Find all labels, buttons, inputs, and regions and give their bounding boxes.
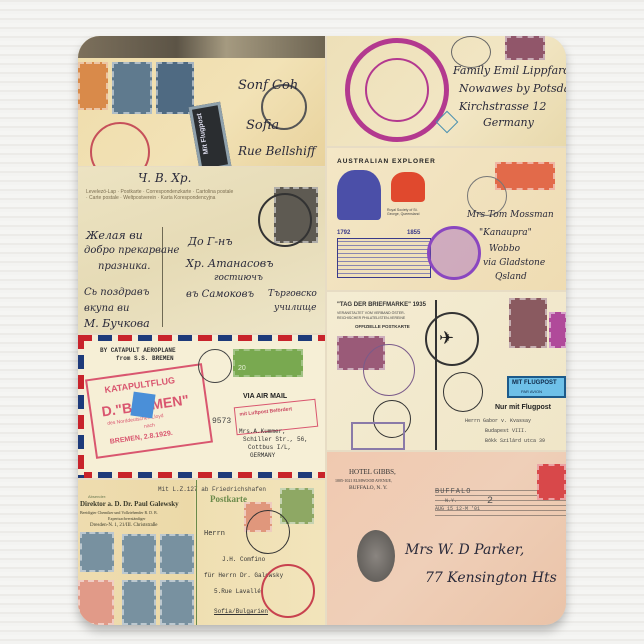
boxed-stamp-text: mit Luftpost Befördert: [239, 406, 292, 417]
address-line: Schiller Str., 56,: [243, 436, 308, 443]
legitimation-box: [351, 422, 405, 450]
address-line: Mrs Tom Mossman: [467, 210, 554, 220]
message-line: Желая ви: [86, 229, 143, 242]
message-line: добро прекарване: [84, 245, 179, 256]
address-line: Търговско: [268, 289, 317, 299]
stamp-eagle-blue: [80, 532, 114, 572]
mail-number: 9573: [212, 417, 231, 426]
card-bulgarian: Ч. В. Хр. Levelezö-Lap · Postkarte · Cor…: [78, 167, 325, 333]
postcard-header: Levelezö-Lap · Postkarte · Correspondenz…: [86, 189, 236, 201]
message-line: вкупа ви: [84, 303, 129, 314]
postkarte-title: Postkarte: [210, 494, 247, 504]
card-galewsky: Mit L.Z.127 ab Friedrichshafen Absender:…: [78, 480, 325, 625]
stamp-eagle-blue: [122, 534, 156, 574]
airmail-border-left: [78, 335, 84, 478]
address-line: Budapest VIII.: [485, 428, 527, 434]
address-line: Germany: [483, 116, 534, 129]
card-hotel-gibbs: HOTEL GIBBS, 1005-1021 ELMWOOD AVENUE, B…: [327, 452, 566, 625]
portrait-mitchell: [337, 170, 381, 220]
zeppelin-cachet: [90, 122, 150, 166]
header-line: BY CATAPULT AEROPLANE: [100, 347, 176, 354]
stamp-eagle-blue: [160, 534, 194, 574]
airmail-border-top: [78, 335, 325, 341]
address-line: 77 Kensington Hts: [425, 570, 557, 586]
address-line: Qsland: [495, 272, 527, 282]
address-line: J.H. Comfino: [222, 556, 265, 563]
address-line: Kirchstrasse 12: [459, 100, 546, 113]
airmail-border-bottom: [78, 472, 325, 478]
geographical-society-seal: [427, 226, 481, 280]
divider-line: [196, 480, 197, 625]
card-catapult-bremen: BY CATAPULT AEROPLANE from S.S. BREMEN K…: [78, 335, 325, 478]
st-george-emblem: [391, 172, 425, 202]
stamp-pan-american: [537, 464, 566, 500]
address-line: Bókk Szilárd utca 39: [485, 438, 545, 444]
year-start: 1792: [337, 230, 350, 236]
hotel-city: BUFFALO, N. Y.: [349, 485, 388, 491]
address-line: Mrs.A.Kummer,: [239, 428, 286, 435]
hotel-street: 1005-1021 ELMWOOD AVENUE,: [335, 478, 392, 483]
hotel-name: HOTEL GIBBS,: [349, 468, 396, 476]
airplane-icon: ✈: [439, 328, 454, 349]
address-line: GERMANY: [250, 452, 275, 459]
stamp-eagle-red: [78, 580, 114, 625]
address-line: 5.Rue Lavallé: [214, 588, 261, 595]
sender-name: Direktor a. D. Dr. Paul Galewsky: [80, 500, 179, 508]
stamp-value: 20: [238, 365, 246, 372]
stamp-maroon: [505, 36, 545, 60]
address-line: Rue Bellshiff: [238, 144, 316, 158]
card-subtitle: VERANSTALTET VOM VERBAND ÖSTER-: [337, 311, 405, 315]
card-subtitle: REICHISCHER PHILATELISTEN-VEREINE: [337, 316, 405, 320]
commemoration-box: [337, 238, 431, 278]
divider-line: [162, 227, 163, 327]
card-title: AUSTRALIAN EXPLORER: [337, 158, 436, 165]
top-line: Mit L.Z.127 ab Friedrichshafen: [158, 486, 266, 493]
message-line: празника.: [98, 261, 150, 272]
address-line: До Г-нъ: [188, 235, 233, 248]
address-line: въ Самоковъ: [186, 289, 254, 300]
americas-emblem: [357, 530, 395, 582]
card-zeppelin: Family Emil Lippfard Nowawes by Potsdam …: [327, 36, 566, 146]
stamp-osterreich: [509, 298, 547, 348]
stamp-blue: [112, 62, 152, 114]
stamp-eagle-blue: [160, 580, 194, 625]
card-tag-der-briefmarke: "TAG DER BRIEFMARKE" 1935 VERANSTALTET V…: [327, 292, 566, 450]
year-end: 1855: [407, 230, 420, 236]
luftpost-postmark: [246, 510, 290, 554]
zeppelin-cachet-inner: [365, 58, 429, 122]
card-title: "TAG DER BRIEFMARKE" 1935: [337, 302, 426, 308]
address-line: "Kanaupra": [479, 228, 532, 238]
society-name: Royal Society of St. George, Queensland: [387, 208, 431, 216]
stamp-green-20: 20: [233, 349, 303, 377]
stamp-eagle-blue: [122, 580, 156, 625]
cachet-date: BREMEN, 2.8.1929.: [109, 430, 173, 446]
greeting: Ч. В. Хр.: [138, 171, 191, 185]
graf-zeppelin-cachet: [261, 564, 315, 618]
mousepad: Mit Flugpost Sonf Coh Sofia Rue Bellshif…: [78, 36, 566, 625]
address-line: училище: [274, 303, 316, 313]
address-line: гостиючъ: [214, 273, 263, 283]
stamp-orange: [78, 62, 108, 110]
globe-postmark: [363, 344, 415, 396]
sender-label: Absender:: [88, 494, 106, 499]
address-line: Хр. Атанасовъ: [186, 257, 274, 270]
address-line: Sofia/Bulgarien: [214, 608, 268, 615]
official-label: OFFIZIELLE POSTKARTE: [355, 324, 410, 329]
address-line: Cottbus I/L,: [248, 444, 291, 451]
via-air-mail: VIA AIR MAIL: [243, 393, 287, 400]
address-line: Sonf Coh: [238, 78, 298, 93]
message-line: Сь поздравъ: [84, 287, 149, 298]
airmail-sub-text: PAR AVION: [521, 389, 542, 394]
sender-line: Beeidigter Chemiker und Vollziehender R.…: [80, 510, 158, 515]
engraved-border: [78, 36, 325, 58]
blue-label: [130, 392, 155, 419]
cachet-nach: nach: [144, 422, 156, 429]
flugpost-text: Mit Flugpost: [196, 113, 210, 155]
address-line: Wobbo: [489, 244, 520, 254]
address-line: Herrn: [204, 530, 225, 538]
sender-line: Dresden-N. 1, 21/III. Christstraße: [90, 523, 157, 528]
card-austria-flugpost: Mit Flugpost Sonf Coh Sofia Rue Bellshif…: [78, 36, 325, 166]
address-line: Nowawes by Potsdam: [459, 82, 566, 95]
wall-st-postmark: [198, 349, 232, 383]
stamp-magenta: [549, 312, 566, 348]
mit-flugpost-label: MIT FLUGPOST PAR AVION: [507, 376, 566, 398]
address-line: via Gladstone: [483, 258, 545, 268]
address-line: Family Emil Lippfard: [453, 64, 566, 77]
card-australian-explorer: AUSTRALIAN EXPLORER Royal Society of St.…: [327, 148, 566, 290]
address-line: Herrn Gabor v. Kvassay: [465, 418, 531, 424]
sender-line: Expertsachverständiger: [108, 516, 146, 521]
signature: М. Бучкова: [84, 317, 150, 330]
address-line: Mrs W. D Parker,: [405, 542, 524, 558]
nur-mit-flugpost: Nur mit Flugpost: [495, 404, 551, 411]
header-line: from S.S. BREMEN: [116, 355, 174, 362]
flugpost-label: Mit Flugpost: [189, 102, 232, 166]
airmail-label-text: MIT FLUGPOST: [512, 380, 557, 386]
koukoush-postmark: [258, 193, 312, 247]
address-line: Sofia: [246, 118, 279, 133]
wien-flugpost-postmark: [443, 372, 483, 412]
